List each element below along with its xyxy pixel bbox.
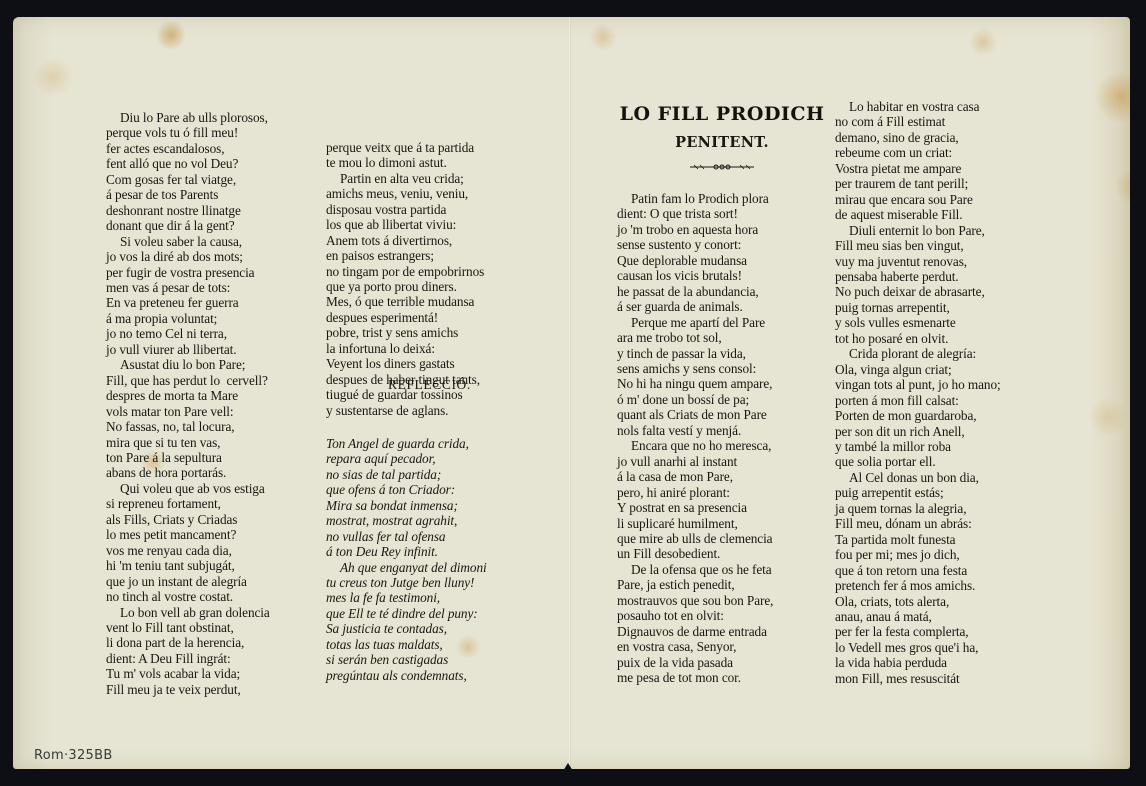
poem-column-3: Patin fam lo Prodich ploradient: O que t…: [617, 191, 773, 686]
verse-line: Lo habitar en vostra casa: [835, 99, 1001, 114]
verse-line: Diuli enternit lo bon Pare,: [835, 223, 1001, 238]
verse-line: la vida habia perduda: [835, 655, 1001, 670]
verse-line: per traurem de tant perill;: [835, 176, 1001, 191]
verse-line: Diu lo Pare ab ulls plorosos,: [106, 110, 270, 125]
verse-line: disposau vostra partida: [326, 202, 484, 217]
verse-line: Com gosas fer tal viatge,: [106, 172, 270, 187]
verse-line: pretench fer á mos amichs.: [835, 578, 1001, 593]
verse-line: fent alló que no vol Deu?: [106, 156, 270, 171]
verse-line: Dignauvos de darme entrada: [617, 624, 773, 639]
verse-line: als Fills, Criats y Criadas: [106, 512, 270, 527]
verse-line: Patin fam lo Prodich plora: [617, 191, 773, 206]
verse-line: que ofens á ton Criador:: [326, 482, 487, 497]
verse-line: pero, hi aniré plorant:: [617, 485, 773, 500]
verse-line: Veyent los diners gastats: [326, 356, 484, 371]
verse-line: los que ab llibertat viviu:: [326, 217, 484, 232]
verse-line: deshonrant nostre llinatge: [106, 203, 270, 218]
verse-line: Fill, que has perdut lo cervell?: [106, 373, 270, 388]
verse-line: Ola, criats, tots alerta,: [835, 594, 1001, 609]
verse-line: á ser guarda de animals.: [617, 299, 773, 314]
verse-line: men vas á pesar de tots:: [106, 280, 270, 295]
verse-line: tu creus ton Jutge ben lluny!: [326, 575, 487, 590]
verse-line: rebeume com un criat:: [835, 145, 1001, 160]
verse-line: quant als Criats de mon Pare: [617, 407, 773, 422]
verse-line: li dona part de la herencia,: [106, 635, 270, 650]
verse-line: en vostra casa, Senyor,: [617, 639, 773, 654]
verse-line: que á ton retorn una festa: [835, 563, 1001, 578]
verse-line: Fill meu, dónam un abrás:: [835, 516, 1001, 531]
verse-line: sense sustento y conort:: [617, 237, 773, 252]
verse-line: pensaba haberte perdut.: [835, 269, 1001, 284]
verse-line: Lo bon vell ab gran dolencia: [106, 605, 270, 620]
verse-line: vent lo Fill tant obstinat,: [106, 620, 270, 635]
verse-line: donant que dir á la gent?: [106, 218, 270, 233]
verse-line: puig tornas arrepentit,: [835, 300, 1001, 315]
verse-line: lo mes petit mancament?: [106, 527, 270, 542]
verse-line: causan los vicis brutals!: [617, 268, 773, 283]
verse-line: anau, anau á matá,: [835, 609, 1001, 624]
verse-line: li suplicaré humilment,: [617, 516, 773, 531]
verse-line: mostrat, mostrat agrahit,: [326, 513, 487, 528]
verse-line: fou per mi; mes jo dich,: [835, 547, 1001, 562]
verse-line: per fer la festa complerta,: [835, 624, 1001, 639]
verse-line: Asustat diu lo bon Pare;: [106, 357, 270, 372]
verse-line: Crida plorant de alegría:: [835, 346, 1001, 361]
verse-line: jo no temo Cel ni terra,: [106, 326, 270, 341]
verse-line: y tinch de passar la vida,: [617, 346, 773, 361]
verse-line: lo Vedell mes gros que'i ha,: [835, 640, 1001, 655]
verse-line: ara me trobo tot sol,: [617, 330, 773, 345]
fold-notch: [563, 763, 573, 771]
verse-line: á ton Deu Rey infinit.: [326, 544, 487, 559]
verse-line: me pesa de tot mon cor.: [617, 670, 773, 685]
verse-line: No hi ha ningu quem ampare,: [617, 376, 773, 391]
verse-line: Porten de mon guardaroba,: [835, 408, 1001, 423]
verse-line: á ma propia voluntat;: [106, 311, 270, 326]
verse-line: Vostra pietat me ampare: [835, 161, 1001, 176]
ornamental-rule-icon: [690, 164, 754, 170]
verse-line: mira que si tu ten vas,: [106, 435, 270, 450]
verse-line: á la casa de mon Pare,: [617, 469, 773, 484]
verse-line: jo 'm trobo en aquesta hora: [617, 222, 773, 237]
verse-line: Ton Angel de guarda crida,: [326, 436, 487, 451]
verse-line: Ola, vinga algun criat;: [835, 362, 1001, 377]
verse-line: que Ell te té dindre del puny:: [326, 606, 487, 621]
poem-column-1: Diu lo Pare ab ulls plorosos,perque vols…: [106, 110, 270, 697]
verse-line: Perque me apartí del Pare: [617, 315, 773, 330]
verse-line: Fill meu sias ben vingut,: [835, 238, 1001, 253]
verse-line: despres de morta ta Mare: [106, 388, 270, 403]
verse-line: dient: O que trista sort!: [617, 206, 773, 221]
verse-line: jo vull viurer ab llibertat.: [106, 342, 270, 357]
verse-line: Partin en alta veu crida;: [326, 171, 484, 186]
verse-line: mon Fill, mes resuscitát: [835, 671, 1001, 686]
verse-line: porten á mon fill calsat:: [835, 393, 1001, 408]
verse-line: dient: A Deu Fill ingrát:: [106, 651, 270, 666]
verse-line: y sols vulles esmenarte: [835, 315, 1001, 330]
verse-line: te mou lo dimoni astut.: [326, 155, 484, 170]
verse-line: que mire ab ulls de clemencia: [617, 531, 773, 546]
verse-line: per fugir de vostra presencia: [106, 265, 270, 280]
verse-line: puix de la vida pasada: [617, 655, 773, 670]
poem-title: LO FILL PRODICH: [617, 103, 827, 125]
verse-line: Qui voleu que ab vos estiga: [106, 481, 270, 496]
verse-line: Mira sa bondat inmensa;: [326, 498, 487, 513]
verse-line: mostrauvos que sou bon Pare,: [617, 593, 773, 608]
verse-line: jo vull anarhi al instant: [617, 454, 773, 469]
verse-line: no tinch al vostre costat.: [106, 589, 270, 604]
verse-line: pobre, trist y sens amichs: [326, 325, 484, 340]
verse-line: posauho tot en olvit:: [617, 608, 773, 623]
verse-line: que ya porto prou diners.: [326, 279, 484, 294]
verse-line: pregúntau als condemnats,: [326, 668, 487, 683]
verse-line: repara aquí pecador,: [326, 451, 487, 466]
verse-line: sens amichs y sens consol:: [617, 361, 773, 376]
verse-line: tot ho posaré en olvit.: [835, 331, 1001, 346]
verse-line: Anem tots á divertirnos,: [326, 233, 484, 248]
verse-line: totas las tuas maldats,: [326, 637, 487, 652]
verse-line: si serán ben castigadas: [326, 652, 487, 667]
poem-column-4: Lo habitar en vostra casano com á Fill e…: [835, 99, 1001, 686]
verse-line: vos me renyau cada dia,: [106, 543, 270, 558]
verse-line: vuy ma juventut renovas,: [835, 254, 1001, 269]
verse-line: no sias de tal partida;: [326, 467, 487, 482]
verse-line: Tu m' vols acabar la vida;: [106, 666, 270, 681]
verse-line: Encara que no ho meresca,: [617, 438, 773, 453]
verse-line: Mes, ó que terrible mudansa: [326, 294, 484, 309]
verse-line: jo vos la diré ab dos mots;: [106, 249, 270, 264]
verse-line: perque vols tu ó fill meu!: [106, 125, 270, 140]
verse-line: no com á Fill estimat: [835, 114, 1001, 129]
verse-line: de aquest miserable Fill.: [835, 207, 1001, 222]
verse-line: De la ofensa que os he feta: [617, 562, 773, 577]
verse-line: per son dit un rich Anell,: [835, 424, 1001, 439]
verse-line: despues esperimentá!: [326, 310, 484, 325]
reflection-heading: REFLECCIÓ.: [388, 377, 471, 393]
verse-line: Al Cel donas un bon dia,: [835, 470, 1001, 485]
verse-line: ja quem tornas la alegria,: [835, 501, 1001, 516]
verse-line: En va preteneu fer guerra: [106, 295, 270, 310]
verse-line: que jo un instant de alegría: [106, 574, 270, 589]
verse-line: nols falta vestí y menjá.: [617, 423, 773, 438]
center-fold: [569, 17, 571, 769]
verse-line: la infortuna lo deixá:: [326, 341, 484, 356]
verse-line: un Fill desobedient.: [617, 546, 773, 561]
verse-line: Sa justicia te contadas,: [326, 621, 487, 636]
verse-line: Y postrat en sa presencia: [617, 500, 773, 515]
verse-line: mirau que encara sou Pare: [835, 192, 1001, 207]
verse-line: Que deplorable mudansa: [617, 253, 773, 268]
verse-line: Fill meu ja te veix perdut,: [106, 682, 270, 697]
poem-subtitle: PENITENT.: [617, 134, 827, 151]
verse-line: abans de hora portarás.: [106, 465, 270, 480]
verse-line: no tingam por de empobrirnos: [326, 264, 484, 279]
verse-line: perque veitx que á ta partida: [326, 140, 484, 155]
verse-line: Ah que enganyat del dimoni: [326, 560, 487, 575]
verse-line: no vullas fer tal ofensa: [326, 529, 487, 544]
verse-line: vols matar ton Pare vell:: [106, 404, 270, 419]
verse-line: amichs meus, veniu, veniu,: [326, 186, 484, 201]
verse-line: Pare, ja estich penedit,: [617, 577, 773, 592]
verse-line: si repreneu fortament,: [106, 496, 270, 511]
verse-line: y també la millor roba: [835, 439, 1001, 454]
verse-line: demano, sino de gracia,: [835, 130, 1001, 145]
verse-line: en paisos estrangers;: [326, 248, 484, 263]
verse-line: he passat de la abundancia,: [617, 284, 773, 299]
verse-line: que solia portar ell.: [835, 454, 1001, 469]
verse-line: á pesar de tos Parents: [106, 187, 270, 202]
verse-line: No fassas, no, tal locura,: [106, 419, 270, 434]
verse-line: No puch deixar de abrasarte,: [835, 284, 1001, 299]
verse-line: puig arrepentit estás;: [835, 485, 1001, 500]
verse-line: mes la fe fa testimoni,: [326, 590, 487, 605]
verse-line: fer actes escandalosos,: [106, 141, 270, 156]
catalog-label: Rom·325BB: [34, 748, 113, 763]
verse-line: ó m' done un bossí de pa;: [617, 392, 773, 407]
reflection-verses: Ton Angel de guarda crida,repara aquí pe…: [326, 405, 487, 699]
verse-line: vingan tots al punt, jo ho mano;: [835, 377, 1001, 392]
reflection-verses-list: Ton Angel de guarda crida,repara aquí pe…: [326, 436, 487, 683]
verse-line: hi 'm teniu tant subjugát,: [106, 558, 270, 573]
verse-line: Ta partida molt funesta: [835, 532, 1001, 547]
verse-line: ton Pare á la sepultura: [106, 450, 270, 465]
verse-line: Si voleu saber la causa,: [106, 234, 270, 249]
